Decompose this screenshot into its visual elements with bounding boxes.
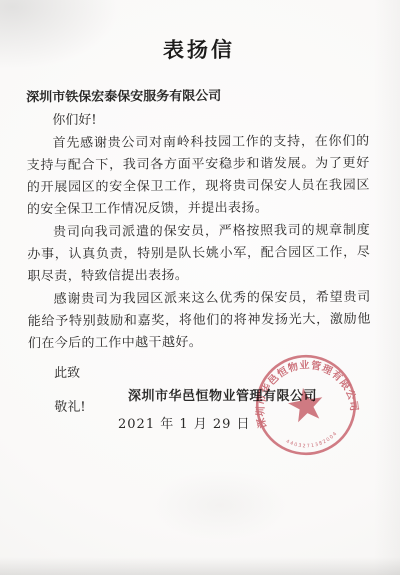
closing-cizhi: 此致 xyxy=(28,361,371,385)
photo-blotch xyxy=(150,470,290,540)
letter-title: 表扬信 xyxy=(0,33,399,66)
salutation-line: 你们好! xyxy=(26,108,369,132)
letter-photo: 表扬信 深圳市铁保宏泰保安服务有限公司 你们好! 首先感谢贵公司对南岭科技园工作… xyxy=(0,0,400,575)
paper-bottom-edge xyxy=(0,557,400,575)
recipient-line: 深圳市铁保宏泰保安服务有限公司 xyxy=(26,85,369,109)
signature-date: 2021 年 1 月 29 日 xyxy=(118,413,400,432)
signature-company: 深圳市华邑恒物业管理有限公司 xyxy=(128,385,400,404)
paragraph-3: 感谢贵司为我园区派来这么优秀的保安员，希望贵司能给予特别鼓励和嘉奖，将他们的将神… xyxy=(28,287,371,355)
seal-serial-text: 4403271382004 xyxy=(284,430,341,454)
letter-body: 表扬信 深圳市铁保宏泰保安服务有限公司 你们好! 首先感谢贵公司对南岭科技园工作… xyxy=(0,0,400,419)
signature-block: 深圳市华邑恒物业管理有限公司 2021 年 1 月 29 日 xyxy=(0,385,400,432)
paragraph-1: 首先感谢贵公司对南岭科技园工作的支持，在你们的支持与配合下，我司各方面平安稳步和… xyxy=(26,131,370,221)
paragraph-2: 贵司向我司派遣的保安员，严格按照我司的规章制度办事，认真负责，特别是队长姚小军，… xyxy=(27,220,370,288)
